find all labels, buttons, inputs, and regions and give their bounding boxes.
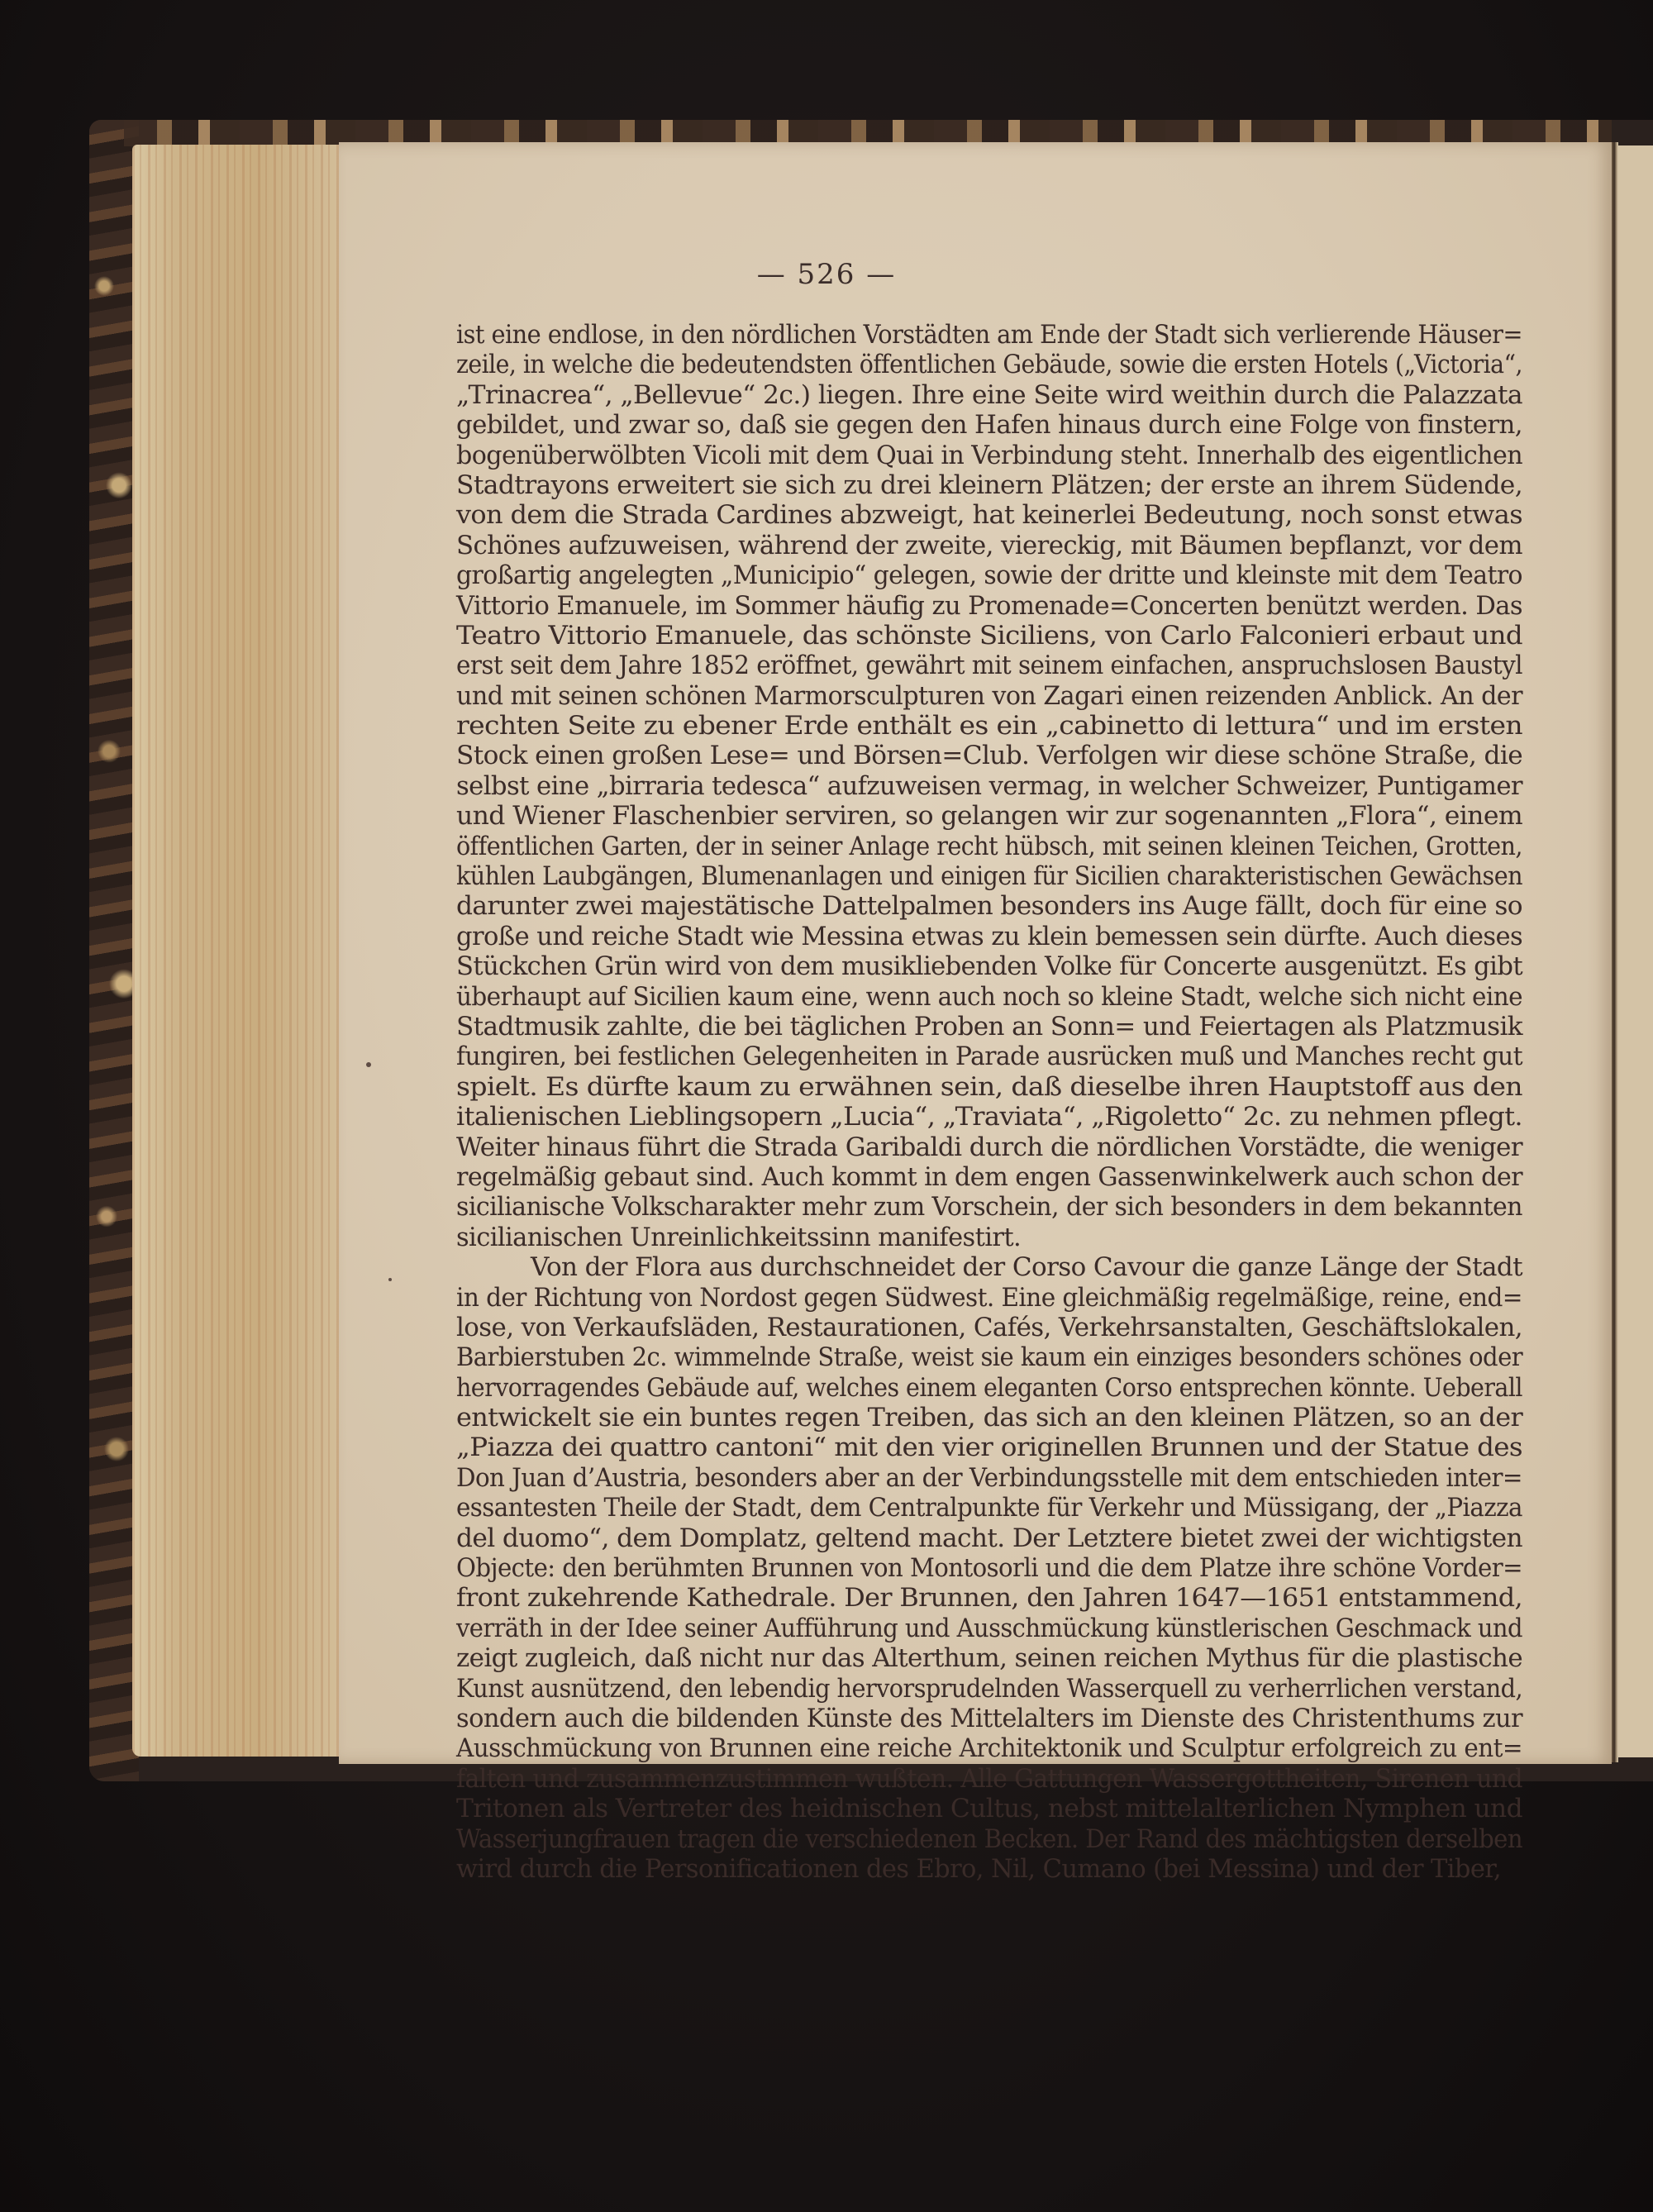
text-line: in der Richtung von Nordost gegen Südwes… xyxy=(456,1284,1522,1313)
text-line: von dem die Strada Cardines abzweigt, ha… xyxy=(456,501,1522,531)
text-line: Wasserjungfrauen tragen die verschiedene… xyxy=(456,1825,1522,1855)
text-line: verräth in der Idee seiner Aufführung un… xyxy=(456,1614,1522,1644)
text-line: fungiren, bei festlichen Gelegenheiten i… xyxy=(456,1042,1522,1072)
text-line: essantesten Theile der Stadt, dem Centra… xyxy=(456,1494,1522,1523)
text-line: sicilianischen Unreinlichkeitssinn manif… xyxy=(456,1223,1522,1253)
text-line: Teatro Vittorio Emanuele, das schönste S… xyxy=(456,622,1522,651)
text-line: rechten Seite zu ebener Erde enthält es … xyxy=(456,712,1522,741)
text-line: Barbierstuben 2c. wimmelnde Straße, weis… xyxy=(456,1343,1522,1373)
text-line: öffentlichen Garten, der in seiner Anlag… xyxy=(456,832,1522,862)
text-line: Weiter hinaus führt die Strada Garibaldi… xyxy=(456,1133,1522,1163)
text-line: italienischen Lieblingsopern „Lucia“, „T… xyxy=(456,1103,1522,1132)
text-line: darunter zwei majestätische Dattelpalmen… xyxy=(456,892,1522,922)
book-gutter xyxy=(1612,142,1618,1762)
text-line: sicilianische Volkscharakter mehr zum Vo… xyxy=(456,1193,1522,1223)
text-line: und mit seinen schönen Marmorsculpturen … xyxy=(456,682,1522,712)
text-line: überhaupt auf Sicilien kaum eine, wenn a… xyxy=(456,983,1522,1013)
margin-mark xyxy=(388,1278,392,1281)
text-line: „Piazza dei quattro cantoni“ mit den vie… xyxy=(456,1433,1522,1463)
paragraph-2: Von der Flora aus durchschneidet der Cor… xyxy=(456,1253,1522,1885)
text-line: lose, von Verkaufsläden, Restaurationen,… xyxy=(456,1313,1522,1343)
body-text: ist eine endlose, in den nördlichen Vors… xyxy=(456,321,1522,1885)
text-line: großartig angelegten „Municipio“ gelegen… xyxy=(456,561,1522,591)
margin-mark xyxy=(366,1062,371,1067)
text-line: Von der Flora aus durchschneidet der Cor… xyxy=(456,1253,1522,1283)
text-line: hervorragendes Gebäude auf, welches eine… xyxy=(456,1374,1522,1404)
text-line: entwickelt sie ein buntes regen Treiben,… xyxy=(456,1404,1522,1433)
text-line: bogenüberwölbten Vicoli mit dem Quai in … xyxy=(456,441,1522,471)
text-line: Tritonen als Vertreter des heidnischen C… xyxy=(456,1795,1522,1824)
text-line: und Wiener Flaschenbier serviren, so gel… xyxy=(456,802,1522,832)
text-line: kühlen Laubgängen, Blumenanlagen und ein… xyxy=(456,862,1522,892)
text-line: Don Juan d’Austria, besonders aber an de… xyxy=(456,1464,1522,1494)
page-number: — 526 — xyxy=(0,258,1653,291)
text-line: front zukehrende Kathedrale. Der Brunnen… xyxy=(456,1584,1522,1614)
text-line: wird durch die Personificationen des Ebr… xyxy=(456,1855,1522,1885)
text-line: zeigt zugleich, daß nicht nur das Altert… xyxy=(456,1644,1522,1674)
paragraph-1: ist eine endlose, in den nördlichen Vors… xyxy=(456,321,1522,1253)
text-line: Stadtrayons erweitert sie sich zu drei k… xyxy=(456,471,1522,501)
text-line: regelmäßig gebaut sind. Auch kommt in de… xyxy=(456,1163,1522,1193)
text-line: gebildet, und zwar so, daß sie gegen den… xyxy=(456,411,1522,441)
text-line: sondern auch die bildenden Künste des Mi… xyxy=(456,1704,1522,1734)
text-line: ist eine endlose, in den nördlichen Vors… xyxy=(456,321,1522,350)
text-line: del duomo“, dem Domplatz, geltend macht.… xyxy=(456,1524,1522,1554)
facing-page-edge xyxy=(1618,145,1653,1757)
text-line: Vittorio Emanuele, im Sommer häufig zu P… xyxy=(456,592,1522,622)
text-line: spielt. Es dürfte kaum zu erwähnen sein,… xyxy=(456,1073,1522,1103)
marbled-cover-edge xyxy=(89,120,139,1781)
text-line: Schönes aufzuweisen, während der zweite,… xyxy=(456,532,1522,561)
text-line: Kunst ausnützend, den lebendig hervorspr… xyxy=(456,1675,1522,1704)
page-stack-edge xyxy=(132,145,339,1757)
text-line: erst seit dem Jahre 1852 eröffnet, gewäh… xyxy=(456,651,1522,681)
text-line: Stückchen Grün wird von dem musikliebend… xyxy=(456,952,1522,982)
text-line: selbst eine „birraria tedesca“ aufzuweis… xyxy=(456,772,1522,802)
text-line: „Trinacrea“, „Bellevue“ 2c.) liegen. Ihr… xyxy=(456,381,1522,411)
text-line: Stock einen großen Lese= und Börsen=Club… xyxy=(456,741,1522,771)
text-line: Stadtmusik zahlte, die bei täglichen Pro… xyxy=(456,1013,1522,1042)
text-line: zeile, in welche die bedeutendsten öffen… xyxy=(456,350,1522,380)
text-line: große und reiche Stadt wie Messina etwas… xyxy=(456,922,1522,952)
text-line: Objecte: den berühmten Brunnen von Monto… xyxy=(456,1554,1522,1584)
text-line: falten und zusammenzustimmen wußten. All… xyxy=(456,1765,1522,1795)
text-line: Ausschmückung von Brunnen eine reiche Ar… xyxy=(456,1734,1522,1764)
